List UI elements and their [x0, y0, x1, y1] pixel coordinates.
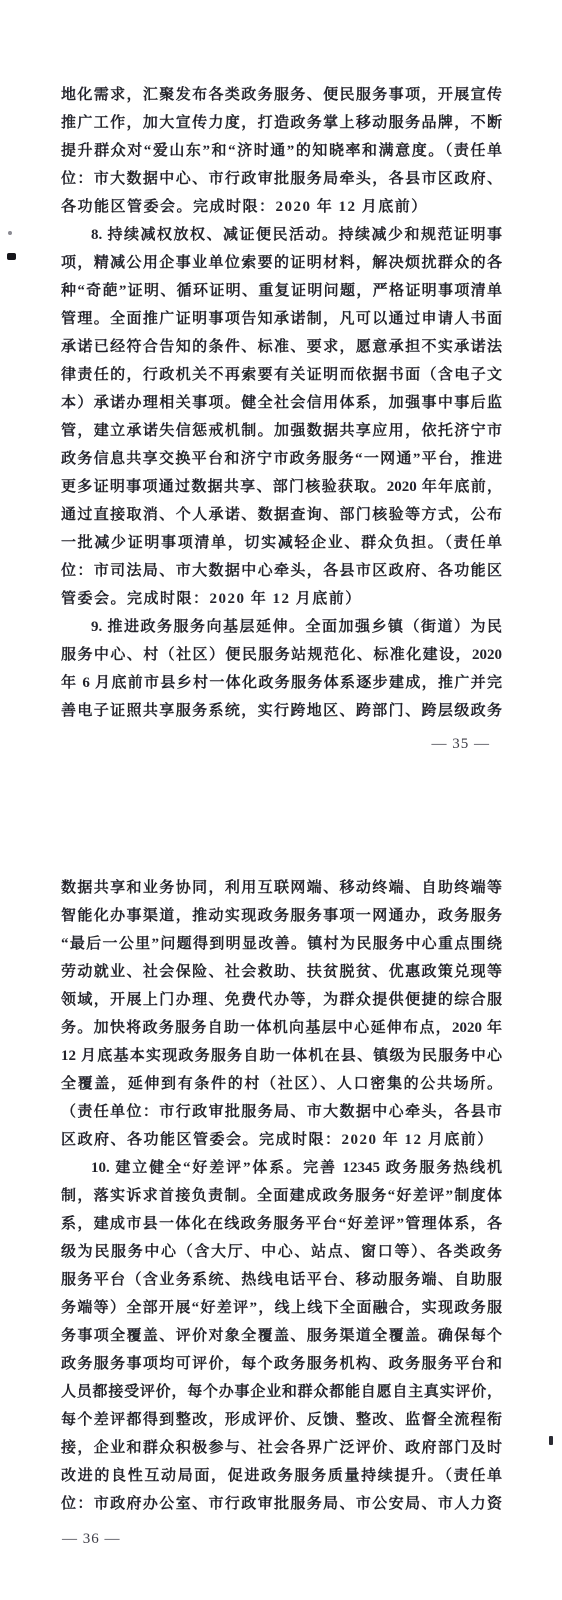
- text-line: 务事项全覆盖、评价对象全覆盖、服务渠道全覆盖。确保每个: [61, 1322, 502, 1350]
- text-line: 智能化办事渠道，推动实现政务服务事项一网通办，政务服务: [61, 902, 502, 930]
- scan-speck: [549, 1436, 553, 1445]
- text-line: 领域，开展上门办理、免费代办等，为群众提供便捷的综合服: [61, 986, 502, 1014]
- text-line: 管理。全面推广证明事项告知承诺制，凡可以通过申请人书面: [61, 305, 502, 333]
- page-number-35: — 35 —: [432, 736, 491, 753]
- text-line: 各功能区管委会。完成时限：2020 年 12 月底前）: [61, 193, 502, 221]
- text-line: 推广工作，加大宣传力度，打造政务掌上移动服务品牌，不断: [61, 109, 502, 137]
- page-36-text-block: 数据共享和业务协同，利用互联网端、移动终端、自助终端等智能化办事渠道，推动实现政…: [61, 874, 502, 1518]
- text-line: 务端等）全部开展“好差评”，线上线下全面融合，实现政务服: [61, 1294, 502, 1322]
- page-35-text-block: 地化需求，汇聚发布各类政务服务、便民服务事项，开展宣传推广工作，加大宣传力度，打…: [61, 81, 502, 725]
- text-line: 每个差评都得到整改，形成评价、反馈、整改、监督全流程衔: [61, 1406, 502, 1434]
- text-line: 善电子证照共享服务系统，实行跨地区、跨部门、跨层级政务: [61, 697, 502, 725]
- text-line: 提升群众对“爱山东”和“济时通”的知晓率和满意度。（责任单: [61, 137, 502, 165]
- text-line: 位：市司法局、市大数据中心牵头，各县市区政府、各功能区: [61, 557, 502, 585]
- scan-speck: [8, 231, 12, 235]
- text-line: 政务服务事项均可评价，每个政务服务机构、政务服务平台和: [61, 1350, 502, 1378]
- text-line: 9. 推进政务服务向基层延伸。全面加强乡镇（街道）为民: [61, 613, 502, 641]
- text-line: 级为民服务中心（含大厅、中心、站点、窗口等）、各类政务: [61, 1238, 502, 1266]
- page-number-36: — 36 —: [62, 1531, 121, 1548]
- text-line: 位：市大数据中心、市行政审批服务局牵头，各县市区政府、: [61, 165, 502, 193]
- text-line: 管，建立承诺失信惩戒机制。加强数据共享应用，依托济宁市: [61, 417, 502, 445]
- text-line: 区政府、各功能区管委会。完成时限：2020 年 12 月底前）: [61, 1126, 502, 1154]
- text-line: 数据共享和业务协同，利用互联网端、移动终端、自助终端等: [61, 874, 502, 902]
- text-line: 种“奇葩”证明、循环证明、重复证明问题，严格证明事项清单: [61, 277, 502, 305]
- text-line: 改进的良性互动局面，促进政务服务质量持续提升。（责任单: [61, 1462, 502, 1490]
- scan-speck: [7, 253, 16, 260]
- text-line: 项，精减公用企事业单位索要的证明材料，解决烦扰群众的各: [61, 249, 502, 277]
- text-line: 系，建成市县一体化在线政务服务平台“好差评”管理体系，各: [61, 1210, 502, 1238]
- document-page-sequence: 地化需求，汇聚发布各类政务服务、便民服务事项，开展宣传推广工作，加大宣传力度，打…: [0, 0, 562, 1600]
- text-line: 人员都接受评价，每个办事企业和群众都能自愿自主真实评价，: [61, 1378, 502, 1406]
- text-line: 接，企业和群众积极参与、社会各界广泛评价、政府部门及时: [61, 1434, 502, 1462]
- text-line: 制，落实诉求首接负责制。全面建成政务服务“好差评”制度体: [61, 1182, 502, 1210]
- text-line: 劳动就业、社会保险、社会救助、扶贫脱贫、优惠政策兑现等: [61, 958, 502, 986]
- text-line: 更多证明事项通过数据共享、部门核验获取。2020 年年底前，: [61, 473, 502, 501]
- text-line: 通过直接取消、个人承诺、数据查询、部门核验等方式，公布: [61, 501, 502, 529]
- text-line: 承诺已经符合告知的条件、标准、要求，愿意承担不实承诺法: [61, 333, 502, 361]
- text-line: 律责任的，行政机关不再索要有关证明而依据书面（含电子文: [61, 361, 502, 389]
- text-line: 服务平台（含业务系统、热线电话平台、移动服务端、自助服: [61, 1266, 502, 1294]
- text-line: 全覆盖，延伸到有条件的村（社区）、人口密集的公共场所。: [61, 1070, 502, 1098]
- text-line: 位：市政府办公室、市行政审批服务局、市公安局、市人力资: [61, 1490, 502, 1518]
- text-line: “最后一公里”问题得到明显改善。镇村为民服务中心重点围绕: [61, 930, 502, 958]
- text-line: 一批减少证明事项清单，切实减轻企业、群众负担。（责任单: [61, 529, 502, 557]
- text-line: 服务中心、村（社区）便民服务站规范化、标准化建设，2020: [61, 641, 502, 669]
- text-line: 政务信息共享交换平台和济宁市政务服务“一网通”平台，推进: [61, 445, 502, 473]
- text-line: 地化需求，汇聚发布各类政务服务、便民服务事项，开展宣传: [61, 81, 502, 109]
- text-line: （责任单位：市行政审批服务局、市大数据中心牵头，各县市: [61, 1098, 502, 1126]
- text-line: 管委会。完成时限：2020 年 12 月底前）: [61, 585, 502, 613]
- text-line: 务。加快将政务服务自助一体机向基层中心延伸布点，2020 年: [61, 1014, 502, 1042]
- text-line: 年 6 月底前市县乡村一体化政务服务体系逐步建成，推广并完: [61, 669, 502, 697]
- text-line: 12 月底基本实现政务服务自助一体机在县、镇级为民服务中心: [61, 1042, 502, 1070]
- text-line: 10. 建立健全“好差评”体系。完善 12345 政务服务热线机: [61, 1154, 502, 1182]
- text-line: 8. 持续减权放权、减证便民活动。持续减少和规范证明事: [61, 221, 502, 249]
- text-line: 本）承诺办理相关事项。健全社会信用体系，加强事中事后监: [61, 389, 502, 417]
